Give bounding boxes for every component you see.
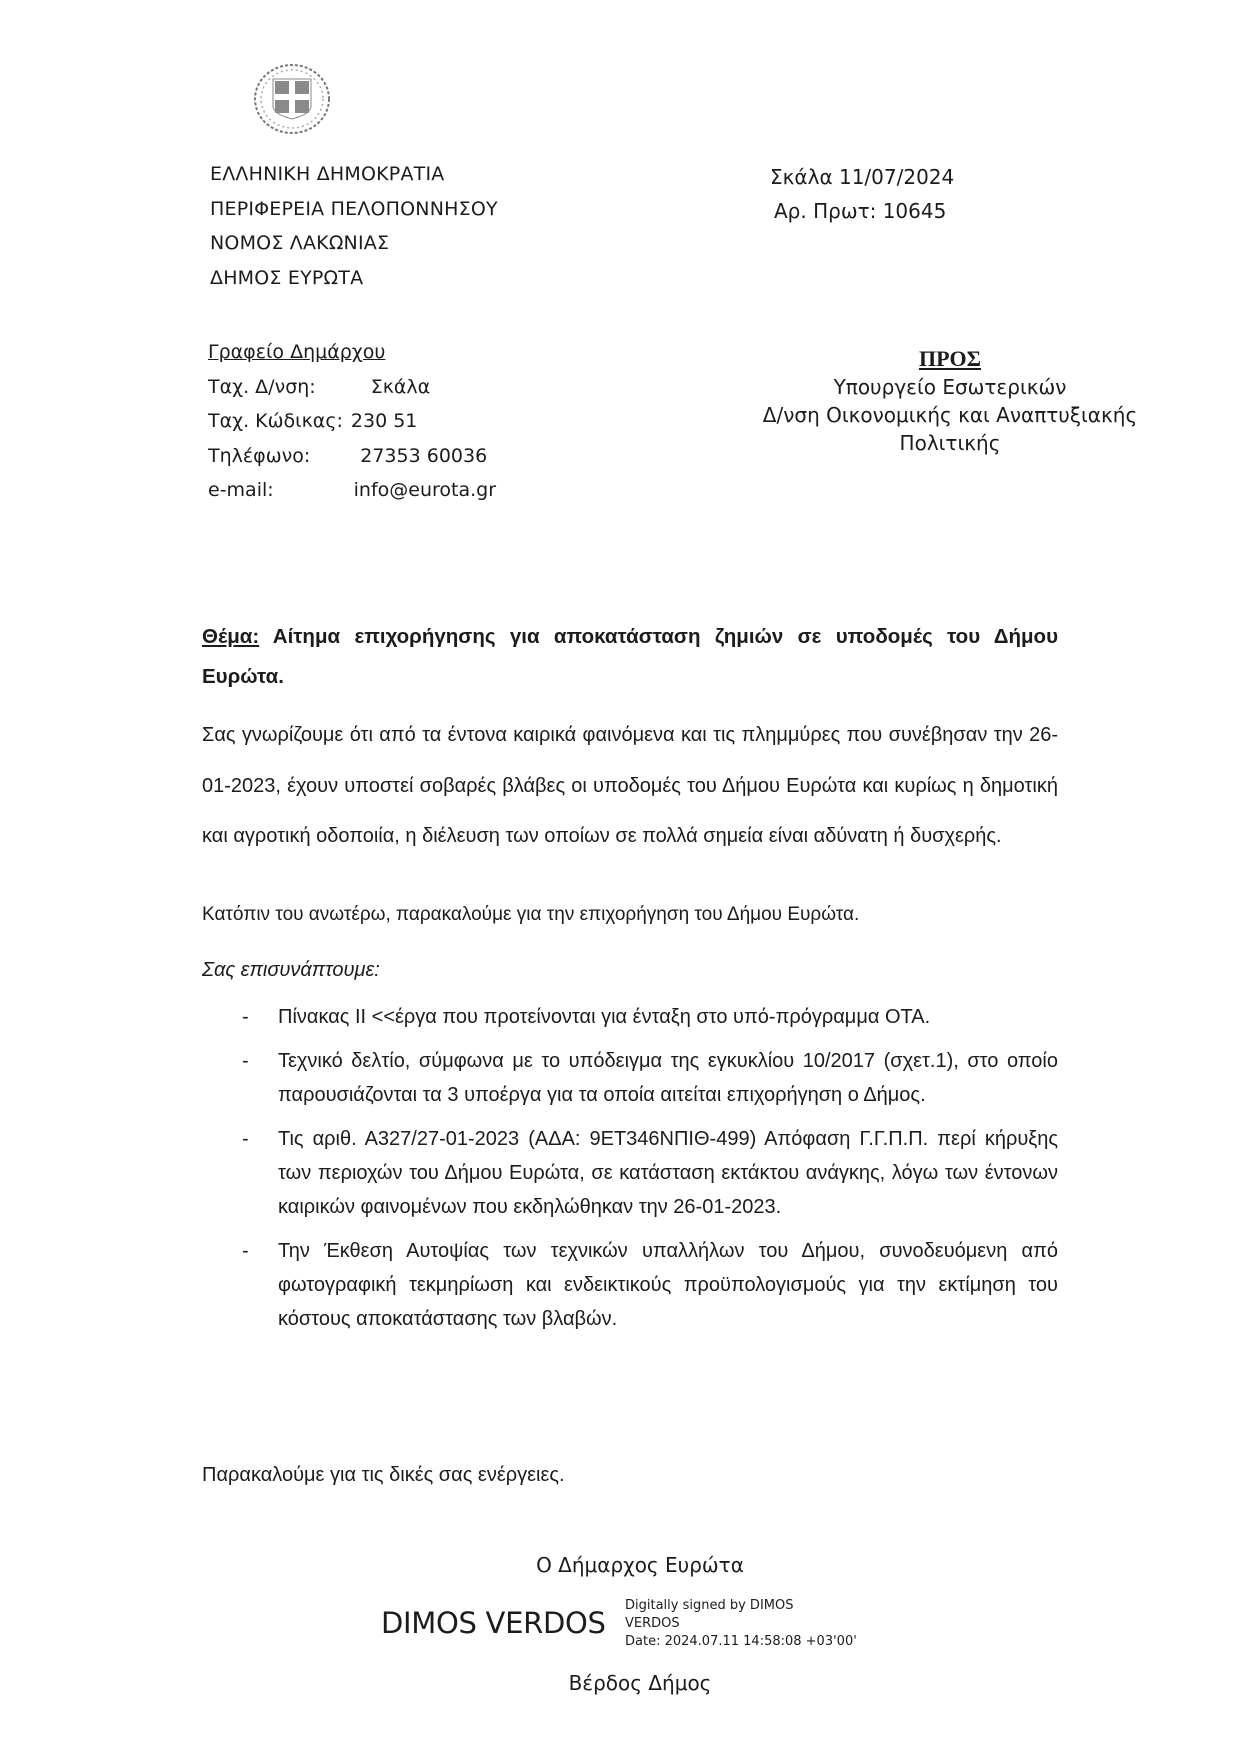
contact-row-email: e-mail: info@eurota.gr [208,473,496,508]
header-line: ΔΗΜΟΣ ΕΥΡΩΤΑ [210,261,498,296]
place-date: Σκάλα 11/07/2024 [770,160,954,194]
contact-value: 230 51 [351,404,417,439]
list-item-text: Πίνακας ΙΙ <<έργα που προτείνονται για έ… [278,1000,1058,1034]
contact-label: Ταχ. Δ/νση: [208,370,316,405]
issuer-header: ΕΛΛΗΝΙΚΗ ΔΗΜΟΚΡΑΤΙΑ ΠΕΡΙΦΕΡΕΙΑ ΠΕΛΟΠΟΝΝΗ… [210,157,498,295]
contact-value: 27353 60036 [360,439,487,474]
closing-line: Παρακαλούμε για τις δικές σας ενέργειες. [202,1460,565,1490]
list-item-text: Τις αριθ. Α327/27-01-2023 (ΑΔΑ: 9ΕΤ346ΝΠ… [278,1122,1058,1224]
list-item-text: Τεχνικό δελτίο, σύμφωνα με το υπόδειγμα … [278,1044,1058,1112]
body-paragraph-1: Σας γνωρίζουμε ότι από τα έντονα καιρικά… [202,710,1058,862]
email-link[interactable]: info@eurota.gr [354,473,496,508]
contact-label: e-mail: [208,473,274,508]
list-item: - Τις αριθ. Α327/27-01-2023 (ΑΔΑ: 9ΕΤ346… [202,1122,1058,1224]
date-protocol-block: Σκάλα 11/07/2024 Αρ. Πρωτ: 10645 [770,160,954,228]
subject-text: Αίτημα επιχορήγησης για αποκατάσταση ζημ… [202,625,1058,688]
recipient-block: ΠΡΟΣ Υπουργείο Εσωτερικών Δ/νση Οικονομι… [740,345,1160,457]
contact-row-phone: Τηλέφωνο: 27353 60036 [208,439,496,474]
header-line: ΕΛΛΗΝΙΚΗ ΔΗΜΟΚΡΑΤΙΑ [210,157,498,192]
list-dash: - [202,1000,278,1034]
contact-row-postcode: Ταχ. Κώδικας: 230 51 [208,404,496,439]
office-contact-block: Γραφείο Δημάρχου Ταχ. Δ/νση: Σκάλα Ταχ. … [208,335,496,508]
signer-name: Βέρδος Δήμος [380,1668,900,1698]
list-dash: - [202,1122,278,1224]
signature-detail-line: VERDOS [625,1615,857,1633]
contact-label: Τηλέφωνο: [208,439,310,474]
list-item: - Πίνακας ΙΙ <<έργα που προτείνονται για… [202,1000,1058,1034]
signature-title: Ο Δήμαρχος Ευρώτα [380,1550,900,1580]
greek-coat-of-arms-icon [252,62,332,136]
header-line: ΝΟΜΟΣ ΛΑΚΩΝΙΑΣ [210,226,498,261]
header-line: ΠΕΡΙΦΕΡΕΙΑ ΠΕΛΟΠΟΝΝΗΣΟΥ [210,192,498,227]
recipient-heading: ΠΡΟΣ [740,345,1160,373]
contact-row-address: Ταχ. Δ/νση: Σκάλα [208,370,496,405]
office-title: Γραφείο Δημάρχου [208,335,496,370]
body-paragraph-2: Κατόπιν του ανωτέρω, παρακαλούμε για την… [202,900,1058,930]
contact-label: Ταχ. Κώδικας: [208,404,343,439]
protocol-number: Αρ. Πρωτ: 10645 [770,194,954,228]
contact-value: Σκάλα [371,370,431,405]
signature-detail-line: Date: 2024.07.11 14:58:08 +03'00' [625,1633,857,1651]
digital-signature-details: Digitally signed by DIMOS VERDOS Date: 2… [625,1597,857,1651]
subject-line: Θέμα: Αίτημα επιχορήγησης για αποκατάστα… [202,617,1058,697]
attachments-label: Σας επισυνάπτουμε: [202,955,380,985]
subject-label: Θέμα: [202,625,259,648]
recipient-line: Πολιτικής [740,429,1160,457]
list-item-text: Την Έκθεση Αυτοψίας των τεχνικών υπαλλήλ… [278,1234,1058,1336]
list-dash: - [202,1044,278,1112]
signature-detail-line: Digitally signed by DIMOS [625,1597,857,1615]
digital-signature-name[interactable]: DIMOS VERDOS [381,1605,606,1641]
attachments-list: - Πίνακας ΙΙ <<έργα που προτείνονται για… [202,1000,1058,1346]
list-dash: - [202,1234,278,1336]
list-item: - Την Έκθεση Αυτοψίας των τεχνικών υπαλλ… [202,1234,1058,1336]
list-item: - Τεχνικό δελτίο, σύμφωνα με το υπόδειγμ… [202,1044,1058,1112]
recipient-line: Υπουργείο Εσωτερικών [740,373,1160,401]
recipient-line: Δ/νση Οικονομικής και Αναπτυξιακής [740,401,1160,429]
